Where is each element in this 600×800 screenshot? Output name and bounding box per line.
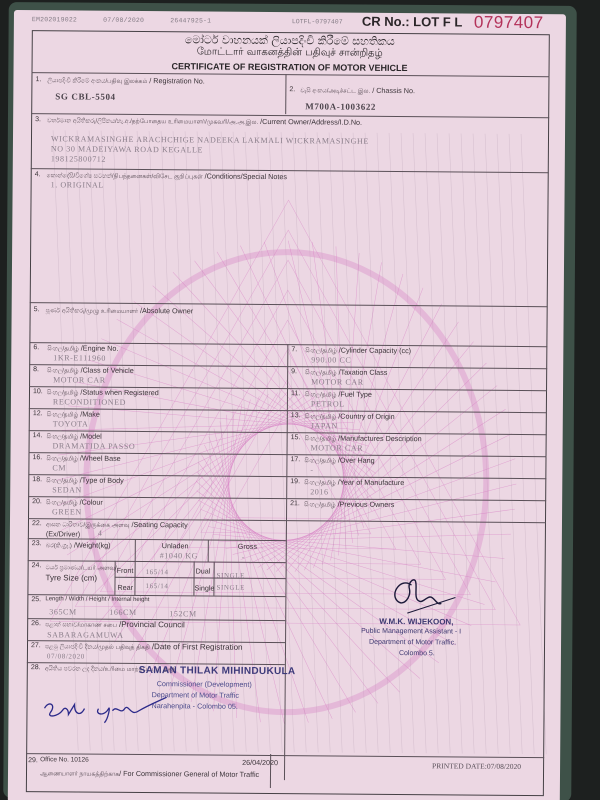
field-5-label: පූර්ණ අයිතිකරු/முழு உரிமையாளர்/Absolute … — [46, 305, 194, 316]
field-11-value: PETROL — [311, 399, 345, 408]
signature-mihindukula — [38, 694, 168, 725]
field-12-value: TOYOTA — [53, 419, 89, 428]
field-26-num: 26. — [31, 620, 41, 627]
conditions-value: 1. ORIGINAL — [51, 180, 104, 189]
field-21-label: සිංහල/தமிழ்/Previous Owners — [304, 499, 394, 510]
field-3-num: 3. — [35, 116, 41, 123]
front-tyre-value: 165/14 — [146, 568, 169, 576]
field-26-label: පළාත් සභාව/மாகாண சபை/Provincial Council — [45, 619, 185, 630]
field-18-value: SEDAN — [52, 485, 82, 494]
divider — [287, 366, 288, 388]
ref-date: 07/08/2020 — [103, 17, 144, 24]
field-1-num: 1. — [35, 76, 41, 83]
dual-label: Dual — [196, 566, 211, 575]
field-4-num: 4. — [35, 171, 41, 178]
height-value: 152CM — [169, 609, 197, 618]
office-no: Office No. 10126 — [40, 756, 89, 763]
field-27-label: පළමු ලියාපදිංචි දිනය/முதல் பதிவுத் திகதி… — [45, 641, 243, 653]
stamp-right-city: Colombo 5. — [399, 650, 435, 657]
field-23-num: 23. — [32, 540, 42, 547]
top-reference-codes: EM202019022 07/08/2020 26447925-1 — [32, 16, 233, 25]
gross-label: Gross — [238, 542, 257, 551]
field-16-value: CM — [52, 463, 66, 472]
divider — [287, 388, 288, 410]
registration-no-value: SG CBL-5504 — [55, 91, 115, 101]
field-16-label: සිංහල/தமிழ்/Wheel Base — [46, 453, 120, 464]
field-10-num: 10. — [33, 388, 43, 395]
field-20-value: GREEN — [52, 507, 82, 516]
field-24-num: 24. — [32, 562, 42, 569]
unladen-weight-value: #1040 KG — [160, 551, 198, 560]
field-14-num: 14. — [33, 432, 43, 439]
field-9-label: සිංහල/தமிழ்/Taxation Class — [305, 367, 387, 378]
printed-date: PRINTED DATE:07/08/2020 — [432, 761, 521, 771]
field-29-num: 29. — [28, 757, 38, 764]
stamp-right-name: W.M.K. WIJEKOON, — [379, 617, 453, 627]
chassis-no-value: M700A-1003622 — [305, 101, 376, 112]
divider — [286, 498, 287, 520]
divider — [287, 410, 288, 432]
unladen-label: Unladen — [162, 541, 189, 550]
field-22-label2: (Ex/Driver) — [46, 529, 80, 538]
lot-small-code: LOTFL-0797407 — [292, 18, 343, 25]
field-13-label: සිංහල/தமிழ்/Country of Origin — [305, 411, 395, 422]
rear-tyre-value: 165/14 — [145, 582, 168, 590]
field-8-label: සිංහල/தமிழ்/Class of Vehicle — [47, 365, 134, 376]
field-12-num: 12. — [33, 410, 43, 417]
front-label: Front — [117, 566, 134, 575]
field-18-num: 18. — [32, 476, 42, 483]
field-6-label: සිංහල/தமிழ்/Engine No. — [47, 343, 118, 354]
field-18-label: සිංහල/தமிழ்/Type of Body — [46, 475, 123, 486]
field-15-num: 15. — [291, 434, 301, 441]
field-12-label: සිංහල/தமிழ்/Make — [47, 409, 100, 419]
field-17-value: - — [310, 465, 313, 474]
field-5-num: 5. — [34, 306, 40, 313]
field-17-label: සිංහල/தமிழ்/Over Hang — [304, 455, 374, 466]
field-2-num: 2. — [289, 86, 295, 93]
field-23-label: බර(කි.ග්‍රෑ.)/Weight(kg) — [46, 540, 111, 551]
divider — [287, 344, 288, 366]
field-24-label: Tyre Size (cm) — [46, 573, 98, 582]
field-19-num: 19. — [290, 478, 300, 485]
cr-no-number: 0797407 — [474, 13, 544, 34]
stamp-left-name: SAMAN THILAK MIHINDUKULA — [139, 665, 296, 677]
owner-id-value: 198125800712 — [51, 154, 106, 163]
field-2-label: චැසි අංකය/அடிச்சட்ட இல./ Chassis No. — [300, 85, 415, 96]
field-9-value: MOTOR CAR — [311, 377, 364, 386]
footer-date: 26/04/2020 — [242, 758, 278, 767]
width-value: 166CM — [109, 608, 137, 617]
field-21-num: 21. — [290, 500, 300, 507]
ref-code: EM202019022 — [32, 16, 77, 23]
single-value: SINGLE — [216, 584, 245, 592]
provincial-council-value: SABARAGAMUWA — [47, 630, 124, 640]
field-6-value: 1KR-E111960 — [53, 353, 106, 362]
stamp-right-dept: Department of Motor Traffic. — [369, 639, 456, 647]
single-label: Single — [194, 583, 214, 592]
signature-wijekoon — [379, 575, 479, 616]
divider — [208, 540, 209, 562]
field-16-num: 16. — [32, 454, 42, 461]
field-14-value: DRAMATIDA PASSO — [53, 441, 136, 451]
field-6-num: 6. — [33, 344, 39, 351]
divider — [135, 539, 136, 561]
field-22-num: 22. — [32, 520, 42, 527]
field-11-label: සිංහල/தமிழ்/Fuel Type — [305, 389, 372, 400]
field-28-num: 28. — [31, 664, 41, 671]
field-10-value: RECONDITIONED — [53, 397, 126, 407]
field-11-num: 11. — [291, 390, 300, 397]
cr-no-label: CR No.: LOT F L — [362, 14, 462, 30]
field-19-value: 2016 — [310, 487, 328, 496]
field-8-num: 8. — [33, 366, 39, 373]
field-13-value: JAPAN — [311, 421, 338, 430]
seating-capacity-value: 4 — [98, 529, 103, 538]
field-7-num: 7. — [291, 346, 297, 353]
field-25-label: Length / Width / Height / Internal heigh… — [45, 596, 149, 603]
rear-label: Rear — [117, 583, 133, 592]
dual-value: SINGLE — [217, 572, 246, 580]
first-registration-date-value: 07/08/2020 — [47, 652, 85, 660]
field-14-label: සිංහල/தமிழ்/Model — [47, 431, 102, 441]
field-8-value: MOTOR CAR — [53, 375, 106, 384]
divider — [286, 476, 287, 498]
owner-address-value: NO 30 MADEIYAWA ROAD KEGALLE — [51, 144, 203, 154]
row-4 — [30, 168, 549, 307]
field-15-value: MOTOR CAR — [311, 443, 364, 452]
stamp-left-title: Commissioner (Development) — [157, 679, 252, 689]
ref-serial: 26447925-1 — [170, 17, 211, 24]
field-13-num: 13. — [291, 412, 301, 419]
field-20-label: සිංහල/தமிழ்/Colour — [46, 497, 103, 507]
field-17-num: 17. — [290, 456, 300, 463]
field-1-label: ලියාපදිංචි කිරීමේ අංකය/பதிவு இலக்கம்/ Re… — [47, 75, 204, 86]
divider — [286, 454, 287, 476]
field-25-num: 25. — [31, 596, 41, 603]
divider — [287, 432, 288, 454]
footer-label: ஆணையாளர் நாயகத்திற்காக/ For Commissioner… — [40, 768, 259, 780]
registration-certificate: EM202019022 07/08/2020 26447925-1 LOTFL-… — [8, 10, 566, 800]
stamp-right-title: Public Management Assistant - I — [361, 628, 461, 636]
field-20-num: 20. — [32, 498, 42, 505]
length-value: 365CM — [49, 607, 77, 616]
gross-weight-value: - — [242, 553, 245, 562]
field-24-si-label: ටයර් ප්‍රමාණය/டயர் அளவு/ — [46, 562, 119, 573]
field-9-num: 9. — [291, 368, 297, 375]
field-7-value: 990.00 CC — [311, 355, 351, 364]
field-27-num: 27. — [31, 642, 41, 649]
